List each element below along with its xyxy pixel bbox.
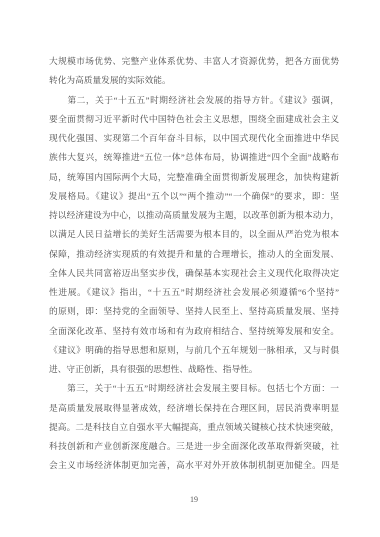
text-line: 族伟大复兴，统筹推进“五位一体”总体布局，协调推进“四个全面”战略布 [49,148,339,167]
text-line: 第二，关于“十五五”时期经济社会发展的指导方针。《建议》强调， [49,91,339,110]
page-number: 19 [49,494,339,506]
text-line: 转化为高质量发展的实际效能。 [49,71,339,90]
text-line: 全体人民共同富裕迈出坚实步伐，确保基本实现社会主义现代化取得决定 [49,264,339,283]
text-line: 持以经济建设为中心，以推动高质量发展为主题，以改革创新为根本动力， [49,206,339,225]
text-line: 要全面贯彻习近平新时代中国特色社会主义思想，围绕全面建成社会主义 [49,110,339,129]
text-line: 提高。二是科技自立自强水平大幅提高，重点领域关键核心技术快速突破， [49,418,339,437]
page-body: 大规模市场优势、完整产业体系优势、丰富人才资源优势，把各方面优势 转化为高质量发… [49,52,339,476]
text-line: 以满足人民日益增长的美好生活需要为根本目的，以全面从严治党为根本 [49,225,339,244]
text-line: 科技创新和产业创新深度融合。三是进一步全面深化改革取得新突破，社 [49,437,339,456]
document-page: 大规模市场优势、完整产业体系优势、丰富人才资源优势，把各方面优势 转化为高质量发… [0,0,380,537]
text-line: 大规模市场优势、完整产业体系优势、丰富人才资源优势，把各方面优势 [49,52,339,71]
text-line: 性进展。《建议》指出，“十五五”时期经济社会发展必须遵循“6个坚持” [49,283,339,302]
text-line: 全面深化改革、坚持有效市场和有为政府相结合、坚持统筹发展和安全。 [49,322,339,341]
text-line: 的原则，即：坚持党的全面领导、坚持人民至上、坚持高质量发展、坚持 [49,302,339,321]
text-line: 进、守正创新，具有很强的思想性、战略性、指导性。 [49,360,339,379]
text-line: 现代化强国、实现第二个百年奋斗目标，以中国式现代化全面推进中华民 [49,129,339,148]
text-line: 发展格局。《建议》提出“五个以”“两个推动”“一个确保”的要求，即：坚 [49,187,339,206]
text-line: 第三，关于“十五五”时期经济社会发展主要目标。包括七个方面：一 [49,379,339,398]
text-line: 局，统筹国内国际两个大局，完整准确全面贯彻新发展理念，加快构建新 [49,168,339,187]
text-line: 会主义市场经济体制更加完善，高水平对外开放体制机制更加健全。四是 [49,456,339,475]
text-line: 《建议》明确的指导思想和原则，与前几个五年规划一脉相承，又与时俱 [49,341,339,360]
text-line: 保障，推动经济实现质的有效提升和量的合理增长，推动人的全面发展、 [49,245,339,264]
text-line: 是高质量发展取得显著成效，经济增长保持在合理区间，居民消费率明显 [49,399,339,418]
